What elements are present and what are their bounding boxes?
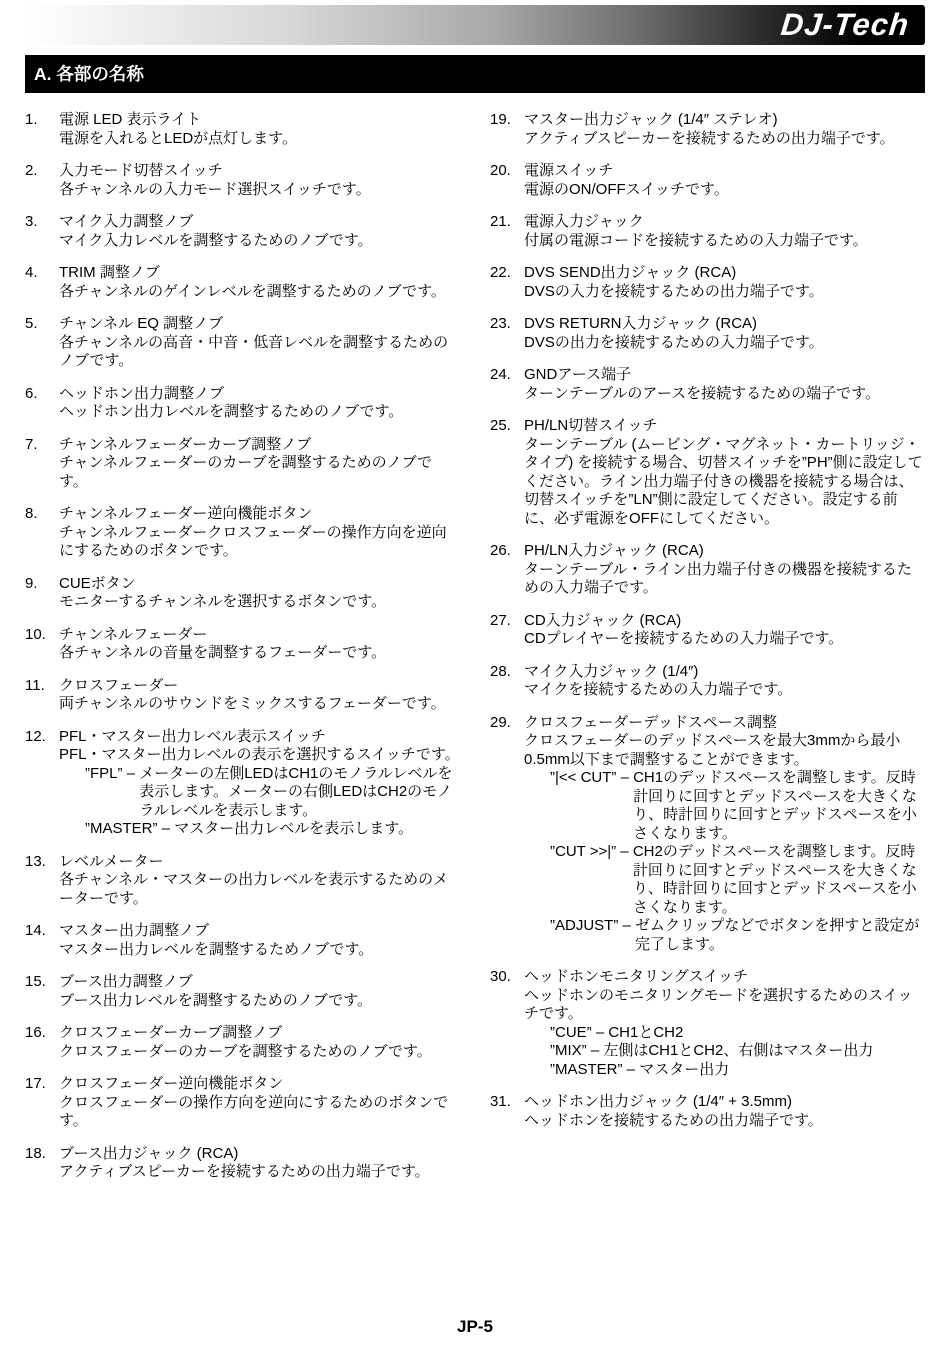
item-title: クロスフェーダーカーブ調整ノブ xyxy=(59,1024,460,1043)
item-title: マイク入力ジャック (1/4″) xyxy=(524,663,925,682)
item-title: 電源スイッチ xyxy=(524,162,925,181)
item-number: 21. xyxy=(490,213,524,250)
item-body: CUEボタンモニターするチャンネルを選択するボタンです。 xyxy=(59,575,460,612)
list-item: 10.チャンネルフェーダー各チャンネルの音量を調整するフェーダーです。 xyxy=(25,626,460,663)
item-number: 8. xyxy=(25,505,59,561)
item-title: PH/LN入力ジャック (RCA) xyxy=(524,542,925,561)
item-number: 20. xyxy=(490,162,524,199)
list-item: 29.クロスフェーダーデッドスペース調整クロスフェーダーのデッドスペースを最大3… xyxy=(490,714,925,955)
item-number: 6. xyxy=(25,385,59,422)
item-title: PFL・マスター出力レベル表示スイッチ xyxy=(59,728,460,747)
item-number: 26. xyxy=(490,542,524,598)
left-column: 1.電源 LED 表示ライト電源を入れるとLEDが点灯します。2.入力モード切替… xyxy=(25,111,460,1196)
item-number: 12. xyxy=(25,728,59,839)
item-body: ヘッドホン出力調整ノブヘッドホン出力レベルを調整するためのノブです。 xyxy=(59,385,460,422)
item-number: 28. xyxy=(490,663,524,700)
definition-row: ”MASTER” – マスター出力レベルを表示します。 xyxy=(85,820,460,839)
item-body: ヘッドホン出力ジャック (1/4″ + 3.5mm)ヘッドホンを接続するための出… xyxy=(524,1093,925,1130)
item-number: 23. xyxy=(490,315,524,352)
item-description: クロスフェーダーの操作方向を逆向にするためのボタンです。 xyxy=(59,1094,460,1131)
definition-term: ”|<< CUT” – xyxy=(550,769,633,843)
item-description: 各チャンネルの音量を調整するフェーダーです。 xyxy=(59,644,460,663)
item-body: PFL・マスター出力レベル表示スイッチPFL・マスター出力レベルの表示を選択する… xyxy=(59,728,460,839)
item-body: クロスフェーダー逆向機能ボタンクロスフェーダーの操作方向を逆向にするためのボタン… xyxy=(59,1075,460,1131)
item-number: 7. xyxy=(25,436,59,492)
definition-description: 左側はCH1とCH2、右側はマスター出力 xyxy=(603,1042,925,1061)
page-number: JP-5 xyxy=(457,1317,493,1336)
item-description: ターンテーブル (ムービング・マグネット・カートリッジ・タイプ) を接続する場合… xyxy=(524,436,925,529)
item-description: 両チャンネルのサウンドをミックスするフェーダーです。 xyxy=(59,695,460,714)
item-body: レベルメーター各チャンネル・マスターの出力レベルを表示するためのメーターです。 xyxy=(59,853,460,909)
list-item: 7.チャンネルフェーダーカーブ調整ノブチャンネルフェーダーのカーブを調整するため… xyxy=(25,436,460,492)
item-description: PFL・マスター出力レベルの表示を選択するスイッチです。 xyxy=(59,746,460,765)
item-number: 25. xyxy=(490,417,524,528)
definition-row: ”CUT >>|” – CH2のデッドスペースを調整します。反時計回りに回すとデ… xyxy=(550,843,925,917)
item-number: 30. xyxy=(490,968,524,1079)
definition-row: ”|<< CUT” – CH1のデッドスペースを調整します。反時計回りに回すとデ… xyxy=(550,769,925,843)
definition-term: ”CUT >>|” – xyxy=(550,843,633,917)
list-item: 24.GNDアース端子ターンテーブルのアースを接続するための端子です。 xyxy=(490,366,925,403)
item-number: 13. xyxy=(25,853,59,909)
item-body: マスター出力ジャック (1/4″ ステレオ)アクティブスピーカーを接続するための… xyxy=(524,111,925,148)
list-item: 15.ブース出力調整ノブブース出力レベルを調整するためのノブです。 xyxy=(25,973,460,1010)
list-item: 20.電源スイッチ電源のON/OFFスイッチです。 xyxy=(490,162,925,199)
item-body: クロスフェーダー両チャンネルのサウンドをミックスするフェーダーです。 xyxy=(59,677,460,714)
list-item: 26.PH/LN入力ジャック (RCA)ターンテーブル・ライン出力端子付きの機器… xyxy=(490,542,925,598)
item-description: モニターするチャンネルを選択するボタンです。 xyxy=(59,593,460,612)
item-number: 9. xyxy=(25,575,59,612)
item-title: マスター出力調整ノブ xyxy=(59,922,460,941)
item-title: 入力モード切替スイッチ xyxy=(59,162,460,181)
item-title: チャンネル EQ 調整ノブ xyxy=(59,315,460,334)
item-body: GNDアース端子ターンテーブルのアースを接続するための端子です。 xyxy=(524,366,925,403)
item-description: ブース出力レベルを調整するためのノブです。 xyxy=(59,992,460,1011)
item-title: ヘッドホンモニタリングスイッチ xyxy=(524,968,925,987)
item-number: 11. xyxy=(25,677,59,714)
manual-page: DJ-Tech A. 各部の名称 1.電源 LED 表示ライト電源を入れるとLE… xyxy=(0,0,950,1369)
list-item: 12.PFL・マスター出力レベル表示スイッチPFL・マスター出力レベルの表示を選… xyxy=(25,728,460,839)
item-title: CUEボタン xyxy=(59,575,460,594)
item-body: チャンネルフェーダー逆向機能ボタンチャンネルフェーダークロスフェーダーの操作方向… xyxy=(59,505,460,561)
item-description: ヘッドホンのモニタリングモードを選択するためのスイッチです。 xyxy=(524,987,925,1024)
definition-term: ”MASTER” – xyxy=(550,1061,639,1080)
item-title: ヘッドホン出力調整ノブ xyxy=(59,385,460,404)
item-description: チャンネルフェーダーのカーブを調整するためのノブです。 xyxy=(59,454,460,491)
definition-term: ”FPL” – xyxy=(85,765,139,821)
item-title: ヘッドホン出力ジャック (1/4″ + 3.5mm) xyxy=(524,1093,925,1112)
definition-row: ”MIX” – 左側はCH1とCH2、右側はマスター出力 xyxy=(550,1042,925,1061)
item-body: ブース出力調整ノブブース出力レベルを調整するためのノブです。 xyxy=(59,973,460,1010)
list-item: 28.マイク入力ジャック (1/4″)マイクを接続するための入力端子です。 xyxy=(490,663,925,700)
item-description: 電源のON/OFFスイッチです。 xyxy=(524,181,925,200)
item-description: 各チャンネルの入力モード選択スイッチです。 xyxy=(59,181,460,200)
list-item: 18.ブース出力ジャック (RCA)アクティブスピーカーを接続するための出力端子… xyxy=(25,1145,460,1182)
item-number: 22. xyxy=(490,264,524,301)
item-number: 2. xyxy=(25,162,59,199)
item-number: 19. xyxy=(490,111,524,148)
definition-description: メーターの左側LEDはCH1のモノラルレベルを表示します。メーターの右側LEDは… xyxy=(139,765,460,821)
list-item: 16.クロスフェーダーカーブ調整ノブクロスフェーダーのカーブを調整するためのノブ… xyxy=(25,1024,460,1061)
item-body: 入力モード切替スイッチ各チャンネルの入力モード選択スイッチです。 xyxy=(59,162,460,199)
item-title: PH/LN切替スイッチ xyxy=(524,417,925,436)
list-item: 4.TRIM 調整ノブ各チャンネルのゲインレベルを調整するためのノブです。 xyxy=(25,264,460,301)
item-number: 3. xyxy=(25,213,59,250)
item-description: ターンテーブル・ライン出力端子付きの機器を接続するための入力端子です。 xyxy=(524,561,925,598)
item-description: DVSの入力を接続するための出力端子です。 xyxy=(524,283,925,302)
item-title: クロスフェーダー xyxy=(59,677,460,696)
item-number: 27. xyxy=(490,612,524,649)
item-number: 5. xyxy=(25,315,59,371)
definition-row: ”CUE” – CH1とCH2 xyxy=(550,1024,925,1043)
item-title: CD入力ジャック (RCA) xyxy=(524,612,925,631)
item-body: 電源入力ジャック付属の電源コードを接続するための入力端子です。 xyxy=(524,213,925,250)
definition-description: ゼムクリップなどでボタンを押すと設定が完了します。 xyxy=(635,917,925,954)
item-title: GNDアース端子 xyxy=(524,366,925,385)
item-number: 18. xyxy=(25,1145,59,1182)
item-number: 17. xyxy=(25,1075,59,1131)
definition-description: CH2のデッドスペースを調整します。反時計回りに回すとデッドスペースを大きくなり… xyxy=(633,843,925,917)
item-title: 電源入力ジャック xyxy=(524,213,925,232)
item-body: ブース出力ジャック (RCA)アクティブスピーカーを接続するための出力端子です。 xyxy=(59,1145,460,1182)
list-item: 31.ヘッドホン出力ジャック (1/4″ + 3.5mm)ヘッドホンを接続するた… xyxy=(490,1093,925,1130)
definition-row: ”ADJUST” – ゼムクリップなどでボタンを押すと設定が完了します。 xyxy=(550,917,925,954)
item-title: TRIM 調整ノブ xyxy=(59,264,460,283)
list-item: 1.電源 LED 表示ライト電源を入れるとLEDが点灯します。 xyxy=(25,111,460,148)
brand-logo: DJ-Tech xyxy=(779,7,911,43)
item-body: ヘッドホンモニタリングスイッチヘッドホンのモニタリングモードを選択するためのスイ… xyxy=(524,968,925,1079)
item-body: DVS RETURN入力ジャック (RCA)DVSの出力を接続するための入力端子… xyxy=(524,315,925,352)
section-header: A. 各部の名称 xyxy=(25,55,925,93)
item-body: マイク入力調整ノブマイク入力レベルを調整するためのノブです。 xyxy=(59,213,460,250)
list-item: 3.マイク入力調整ノブマイク入力レベルを調整するためのノブです。 xyxy=(25,213,460,250)
list-item: 25.PH/LN切替スイッチターンテーブル (ムービング・マグネット・カートリッ… xyxy=(490,417,925,528)
item-title: チャンネルフェーダー xyxy=(59,626,460,645)
item-body: PH/LN切替スイッチターンテーブル (ムービング・マグネット・カートリッジ・タ… xyxy=(524,417,925,528)
list-item: 17.クロスフェーダー逆向機能ボタンクロスフェーダーの操作方向を逆向にするための… xyxy=(25,1075,460,1131)
item-body: CD入力ジャック (RCA)CDプレイヤーを接続するための入力端子です。 xyxy=(524,612,925,649)
item-description: 各チャンネルの高音・中音・低音レベルを調整するためのノブです。 xyxy=(59,334,460,371)
definition-row: ”MASTER” – マスター出力 xyxy=(550,1061,925,1080)
list-item: 30.ヘッドホンモニタリングスイッチヘッドホンのモニタリングモードを選択するため… xyxy=(490,968,925,1079)
item-title: DVS SEND出力ジャック (RCA) xyxy=(524,264,925,283)
item-description: ターンテーブルのアースを接続するための端子です。 xyxy=(524,385,925,404)
item-title: ブース出力調整ノブ xyxy=(59,973,460,992)
list-item: 27.CD入力ジャック (RCA)CDプレイヤーを接続するための入力端子です。 xyxy=(490,612,925,649)
definition-term: ”MASTER” – xyxy=(85,820,174,839)
item-body: クロスフェーダーデッドスペース調整クロスフェーダーのデッドスペースを最大3mmか… xyxy=(524,714,925,955)
item-number: 4. xyxy=(25,264,59,301)
item-description: 電源を入れるとLEDが点灯します。 xyxy=(59,130,460,149)
item-title: マスター出力ジャック (1/4″ ステレオ) xyxy=(524,111,925,130)
item-number: 1. xyxy=(25,111,59,148)
section-title: A. 各部の名称 xyxy=(34,64,144,84)
definition-term: ”CUE” – xyxy=(550,1024,608,1043)
item-body: 電源スイッチ電源のON/OFFスイッチです。 xyxy=(524,162,925,199)
list-item: 14.マスター出力調整ノブマスター出力レベルを調整するためノブです。 xyxy=(25,922,460,959)
definition-description: CH1のデッドスペースを調整します。反時計回りに回すとデッドスペースを大きくなり… xyxy=(633,769,925,843)
list-item: 9.CUEボタンモニターするチャンネルを選択するボタンです。 xyxy=(25,575,460,612)
right-column: 19.マスター出力ジャック (1/4″ ステレオ)アクティブスピーカーを接続する… xyxy=(490,111,925,1196)
item-number: 16. xyxy=(25,1024,59,1061)
item-description: アクティブスピーカーを接続するための出力端子です。 xyxy=(524,130,925,149)
item-number: 10. xyxy=(25,626,59,663)
item-description: チャンネルフェーダークロスフェーダーの操作方向を逆向にするためのボタンです。 xyxy=(59,524,460,561)
item-title: チャンネルフェーダー逆向機能ボタン xyxy=(59,505,460,524)
item-body: クロスフェーダーカーブ調整ノブクロスフェーダーのカーブを調整するためのノブです。 xyxy=(59,1024,460,1061)
item-description: クロスフェーダーのカーブを調整するためのノブです。 xyxy=(59,1043,460,1062)
item-body: チャンネルフェーダー各チャンネルの音量を調整するフェーダーです。 xyxy=(59,626,460,663)
definition-description: マスター出力 xyxy=(639,1061,925,1080)
item-title: クロスフェーダー逆向機能ボタン xyxy=(59,1075,460,1094)
item-body: TRIM 調整ノブ各チャンネルのゲインレベルを調整するためのノブです。 xyxy=(59,264,460,301)
list-item: 19.マスター出力ジャック (1/4″ ステレオ)アクティブスピーカーを接続する… xyxy=(490,111,925,148)
item-description: マイクを接続するための入力端子です。 xyxy=(524,681,925,700)
item-title: DVS RETURN入力ジャック (RCA) xyxy=(524,315,925,334)
item-number: 14. xyxy=(25,922,59,959)
definition-term: ”MIX” – xyxy=(550,1042,603,1061)
item-number: 24. xyxy=(490,366,524,403)
list-item: 11.クロスフェーダー両チャンネルのサウンドをミックスするフェーダーです。 xyxy=(25,677,460,714)
item-body: チャンネルフェーダーカーブ調整ノブチャンネルフェーダーのカーブを調整するためのノ… xyxy=(59,436,460,492)
item-description: クロスフェーダーのデッドスペースを最大3mmから最小0.5mm以下まで調整するこ… xyxy=(524,732,925,769)
item-description: CDプレイヤーを接続するための入力端子です。 xyxy=(524,630,925,649)
list-item: 2.入力モード切替スイッチ各チャンネルの入力モード選択スイッチです。 xyxy=(25,162,460,199)
item-title: マイク入力調整ノブ xyxy=(59,213,460,232)
item-body: マスター出力調整ノブマスター出力レベルを調整するためノブです。 xyxy=(59,922,460,959)
item-body: 電源 LED 表示ライト電源を入れるとLEDが点灯します。 xyxy=(59,111,460,148)
content-columns: 1.電源 LED 表示ライト電源を入れるとLEDが点灯します。2.入力モード切替… xyxy=(25,111,925,1196)
item-title: チャンネルフェーダーカーブ調整ノブ xyxy=(59,436,460,455)
list-item: 22.DVS SEND出力ジャック (RCA)DVSの入力を接続するための出力端… xyxy=(490,264,925,301)
item-body: チャンネル EQ 調整ノブ各チャンネルの高音・中音・低音レベルを調整するためのノ… xyxy=(59,315,460,371)
definition-term: ”ADJUST” – xyxy=(550,917,635,954)
list-item: 8.チャンネルフェーダー逆向機能ボタンチャンネルフェーダークロスフェーダーの操作… xyxy=(25,505,460,561)
item-description: 各チャンネル・マスターの出力レベルを表示するためのメーターです。 xyxy=(59,871,460,908)
list-item: 23.DVS RETURN入力ジャック (RCA)DVSの出力を接続するための入… xyxy=(490,315,925,352)
list-item: 5.チャンネル EQ 調整ノブ各チャンネルの高音・中音・低音レベルを調整するため… xyxy=(25,315,460,371)
item-title: 電源 LED 表示ライト xyxy=(59,111,460,130)
item-description: ヘッドホンを接続するための出力端子です。 xyxy=(524,1112,925,1131)
item-body: DVS SEND出力ジャック (RCA)DVSの入力を接続するための出力端子です… xyxy=(524,264,925,301)
item-description: 各チャンネルのゲインレベルを調整するためのノブです。 xyxy=(59,283,460,302)
item-body: マイク入力ジャック (1/4″)マイクを接続するための入力端子です。 xyxy=(524,663,925,700)
list-item: 6.ヘッドホン出力調整ノブヘッドホン出力レベルを調整するためのノブです。 xyxy=(25,385,460,422)
item-title: レベルメーター xyxy=(59,853,460,872)
definition-description: CH1とCH2 xyxy=(608,1024,925,1043)
item-description: マイク入力レベルを調整するためのノブです。 xyxy=(59,232,460,251)
item-description: アクティブスピーカーを接続するための出力端子です。 xyxy=(59,1163,460,1182)
item-title: ブース出力ジャック (RCA) xyxy=(59,1145,460,1164)
item-description: 付属の電源コードを接続するための入力端子です。 xyxy=(524,232,925,251)
list-item: 13.レベルメーター各チャンネル・マスターの出力レベルを表示するためのメーターで… xyxy=(25,853,460,909)
list-item: 21.電源入力ジャック付属の電源コードを接続するための入力端子です。 xyxy=(490,213,925,250)
item-number: 29. xyxy=(490,714,524,955)
item-body: PH/LN入力ジャック (RCA)ターンテーブル・ライン出力端子付きの機器を接続… xyxy=(524,542,925,598)
item-number: 15. xyxy=(25,973,59,1010)
item-title: クロスフェーダーデッドスペース調整 xyxy=(524,714,925,733)
definition-description: マスター出力レベルを表示します。 xyxy=(174,820,460,839)
page-footer: JP-5 xyxy=(0,1317,950,1337)
header-bar: DJ-Tech xyxy=(25,5,925,45)
item-description: DVSの出力を接続するための入力端子です。 xyxy=(524,334,925,353)
definition-row: ”FPL” – メーターの左側LEDはCH1のモノラルレベルを表示します。メータ… xyxy=(85,765,460,821)
item-description: マスター出力レベルを調整するためノブです。 xyxy=(59,941,460,960)
item-description: ヘッドホン出力レベルを調整するためのノブです。 xyxy=(59,403,460,422)
item-number: 31. xyxy=(490,1093,524,1130)
